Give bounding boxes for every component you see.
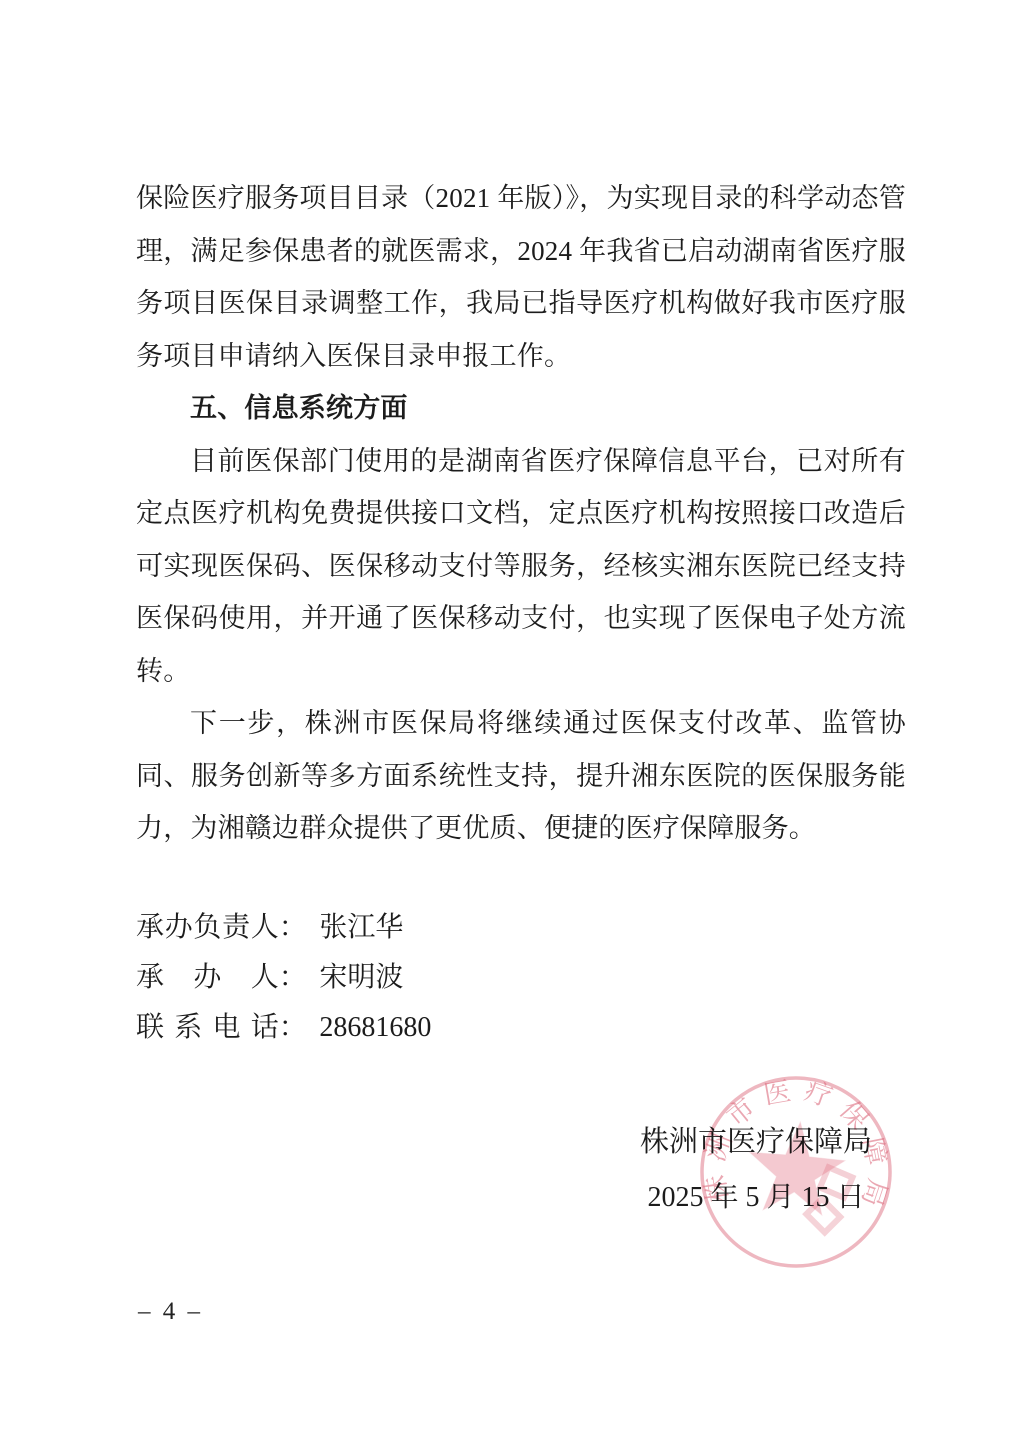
signature-block: 株洲市医疗保障局 2025 年 5 月 15 日 [628, 1122, 884, 1218]
contact-row-responsible-person: 承办负责人：张江华 [136, 903, 431, 953]
contact-block: 承办负责人：张江华 承办人：宋明波 联系电话：28681680 [136, 903, 431, 1053]
paragraph-next-step: 下一步，株洲市医保局将继续通过医保支付改革、监管协同、服务创新等多方面系统性支持… [136, 697, 906, 855]
document-body: 保险医疗服务项目目录（2021 年版）》，为实现目录的科学动态管理，满足参保患者… [136, 172, 906, 855]
contact-row-phone: 联系电话：28681680 [136, 1003, 431, 1053]
paragraph-catalog-adjustment: 保险医疗服务项目目录（2021 年版）》，为实现目录的科学动态管理，满足参保患者… [136, 172, 906, 382]
contact-colon: ： [279, 903, 307, 953]
page-number: – 4 – [138, 1298, 203, 1326]
contact-row-handler: 承办人：宋明波 [136, 953, 431, 1003]
document-page: 保险医疗服务项目目录（2021 年版）》，为实现目录的科学动态管理，满足参保患者… [0, 0, 1024, 1447]
contact-label: 承办人 [136, 953, 279, 1003]
contact-value: 张江华 [319, 912, 403, 943]
contact-value: 宋明波 [319, 962, 403, 993]
section-heading-info-system: 五、信息系统方面 [136, 382, 906, 435]
signature-agency-name: 株洲市医疗保障局 [628, 1122, 884, 1162]
contact-label: 承办负责人 [136, 903, 279, 953]
contact-colon: ： [279, 1003, 307, 1053]
contact-label: 联系电话 [136, 1003, 279, 1053]
contact-colon: ： [279, 953, 307, 1003]
paragraph-info-system: 目前医保部门使用的是湖南省医疗保障信息平台，已对所有定点医疗机构免费提供接口文档… [136, 435, 906, 698]
contact-value: 28681680 [319, 1012, 431, 1043]
signature-date: 2025 年 5 月 15 日 [628, 1178, 884, 1218]
